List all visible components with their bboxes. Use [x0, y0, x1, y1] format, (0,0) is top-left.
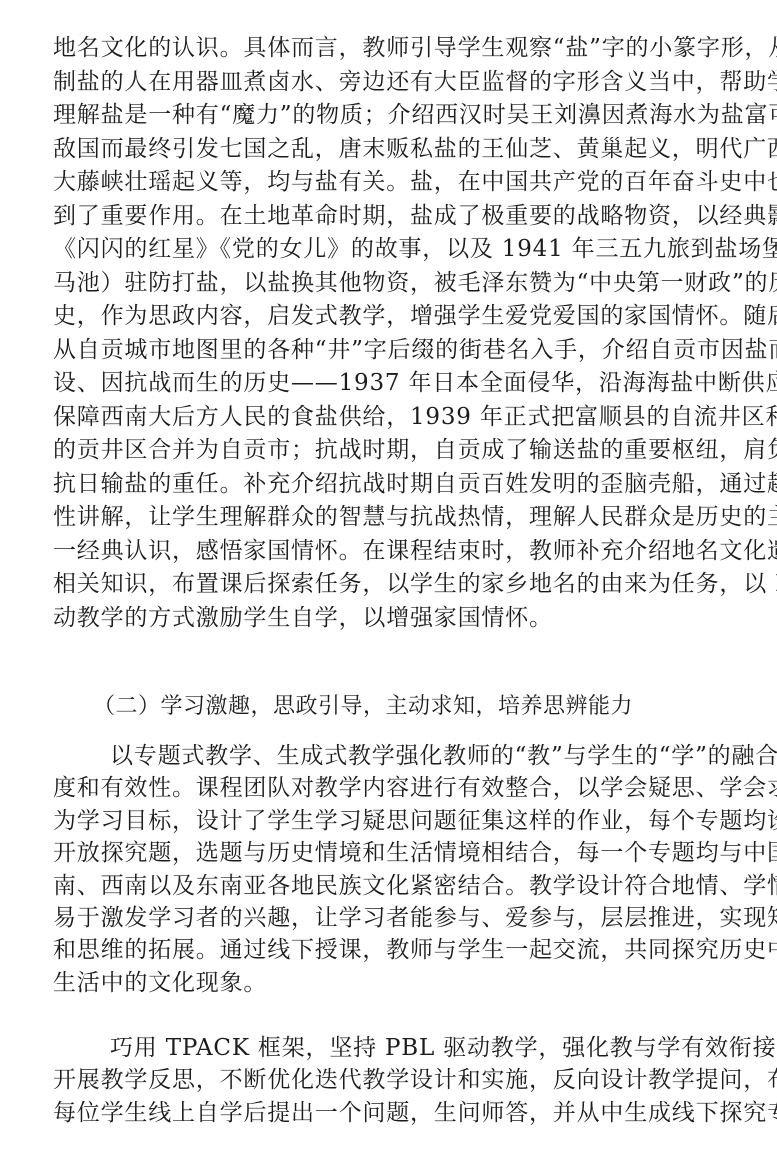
text-line: 从自贡城市地图里的各种“井”字后缀的街巷名入手，介绍自贡市因盐而 [53, 334, 733, 368]
text-line: 一经典认识，感悟家国情怀。在课程结束时，教师补充介绍地名文化遗产的 [53, 535, 733, 569]
text-line: 大藤峡壮瑶起义等，均与盐有关。盐，在中国共产党的百年奋斗史中也起 [53, 166, 733, 200]
text-line: 生活中的文化现象。 [53, 967, 733, 999]
section-heading: （二）学习激趣，思政引导，主动求知，培养思辨能力 [93, 690, 633, 724]
text-line: 史，作为思政内容，启发式教学，增强学生爱党爱国的家国情怀。随后再 [53, 300, 733, 334]
text-line: 到了重要作用。在土地革命时期，盐成了极重要的战略物资，以经典影片 [53, 200, 733, 234]
text-line: 设、因抗战而生的历史——1937 年日本全面侵华，沿海海盐中断供应，为 [53, 367, 733, 401]
document-page: 地名文化的认识。具体而言，教师引导学生观察“盐”字的小篆字形，从 制盐的人在用器… [0, 0, 777, 1149]
text-line: 以专题式教学、生成式教学强化教师的“教”与学生的“学”的融合 [53, 740, 733, 772]
text-line: 为学习目标，设计了学生学习疑思问题征集这样的作业，每个专题均设置 [53, 805, 733, 837]
text-line: 开放探究题，选题与历史情境和生活情境相结合，每一个专题均与中国岭 [53, 837, 733, 869]
text-line: 每位学生线上自学后提出一个问题，生问师答，并从中生成线下探究专 [53, 1097, 733, 1129]
text-line: 地名文化的认识。具体而言，教师引导学生观察“盐”字的小篆字形，从 [53, 32, 733, 66]
text-line: 马池）驻防打盐，以盐换其他物资，被毛泽东赞为“中央第一财政”的历 [53, 267, 733, 301]
text-line: 开展教学反思，不断优化迭代教学设计和实施，反向设计教学提问，布置 [53, 1064, 733, 1096]
text-line: 的贡井区合并为自贡市；抗战时期，自贡成了输送盐的重要枢纽，肩负着 [53, 434, 733, 468]
text-line: 抗日输盐的重任。补充介绍抗战时期自贡百姓发明的歪脑壳船，通过趣味 [53, 468, 733, 502]
text-line: 保障西南大后方人民的食盐供给，1939 年正式把富顺县的自流井区和荣县 [53, 401, 733, 435]
text-line: 动教学的方式激励学生自学，以增强家国情怀。 [53, 602, 733, 636]
text-line: 《闪闪的红星》《党的女儿》的故事，以及 1941 年三五九旅到盐场堡（花 [53, 233, 733, 267]
text-line: 和思维的拓展。通过线下授课，教师与学生一起交流，共同探究历史中、 [53, 934, 733, 966]
text-line: 性讲解，让学生理解群众的智慧与抗战热情，理解人民群众是历史的主人这 [53, 501, 733, 535]
text-line: 制盐的人在用器皿煮卤水、旁边还有大臣监督的字形含义当中，帮助学生 [53, 66, 733, 100]
text-line: 易于激发学习者的兴趣，让学习者能参与、爱参与，层层推进，实现知识 [53, 902, 733, 934]
paragraph-continued: 地名文化的认识。具体而言，教师引导学生观察“盐”字的小篆字形，从 制盐的人在用器… [53, 32, 733, 635]
text-line: 敌国而最终引发七国之乱，唐末贩私盐的王仙芝、黄巢起义，明代广西的 [53, 133, 733, 167]
text-line: 度和有效性。课程团队对教学内容进行有效整合，以学会疑思、学会求知 [53, 772, 733, 804]
paragraph-2: 以专题式教学、生成式教学强化教师的“教”与学生的“学”的融合 度和有效性。课程团… [53, 740, 733, 999]
text-line: 相关知识，布置课后探索任务，以学生的家乡地名的由来为任务，以 PBL 驱 [53, 568, 733, 602]
text-line: 巧用 TPACK 框架，坚持 PBL 驱动教学，强化教与学有效衔接，积极 [53, 1032, 733, 1064]
text-line: 理解盐是一种有“魔力”的物质；介绍西汉时吴王刘濞因煮海水为盐富可 [53, 99, 733, 133]
text-line: 南、西南以及东南亚各地民族文化紧密结合。教学设计符合地情、学情， [53, 870, 733, 902]
paragraph-3: 巧用 TPACK 框架，坚持 PBL 驱动教学，强化教与学有效衔接，积极 开展教… [53, 1032, 733, 1129]
